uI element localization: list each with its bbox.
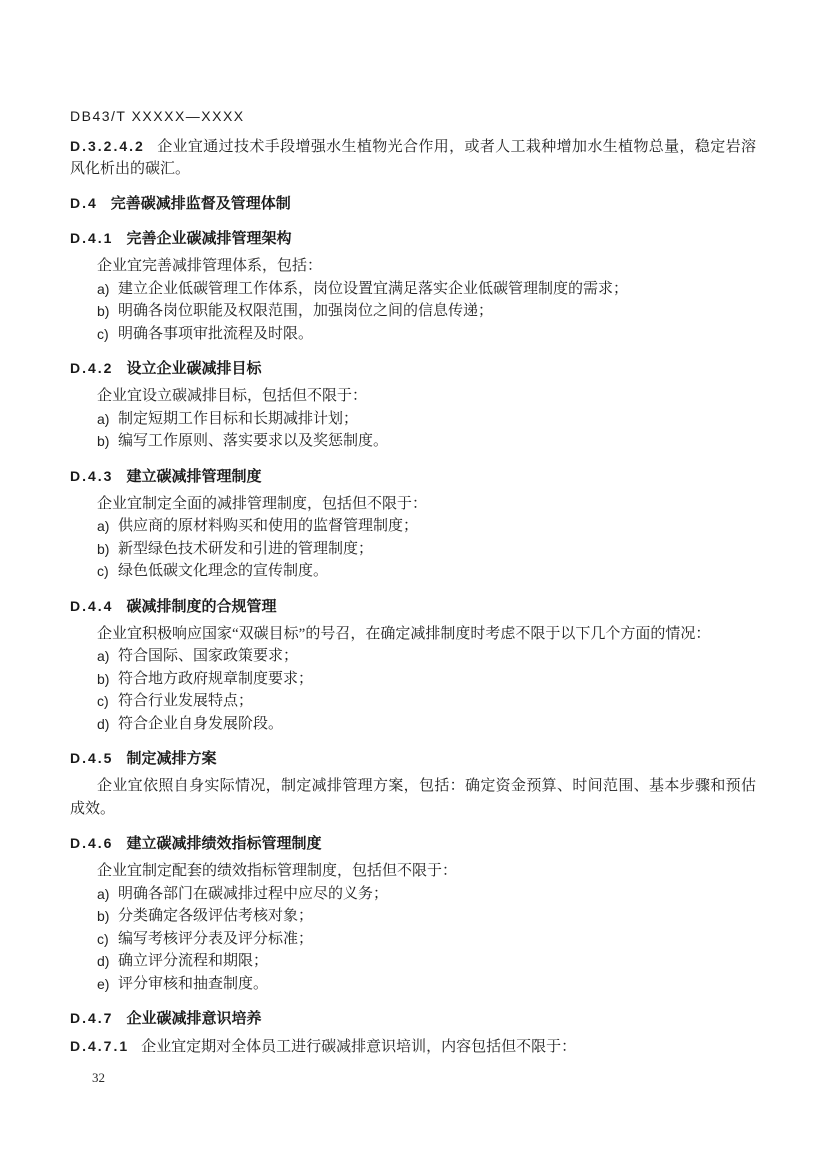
heading-title: 碳减排制度的合规管理	[126, 598, 276, 615]
list-marker: b)	[97, 300, 118, 323]
list-item-text: 明确各部门在碳减排过程中应尽的义务；	[118, 883, 756, 906]
list-item-text: 绿色低碳文化理念的宣传制度。	[118, 560, 756, 583]
list-item: d)符合企业自身发展阶段。	[70, 713, 756, 736]
clause-d471-paragraph: D.4.7.1企业宜定期对全体员工进行碳减排意识培训，内容包括但不限于：	[70, 1035, 756, 1058]
list-marker: c)	[97, 560, 118, 583]
list-item: b)新型绿色技术研发和引进的管理制度；	[70, 538, 756, 561]
list-item-text: 明确各岗位职能及权限范围，加强岗位之间的信息传递；	[118, 300, 756, 323]
list-item: c)编写考核评分表及评分标准；	[70, 928, 756, 951]
list-item-text: 符合国际、国家政策要求；	[118, 645, 756, 668]
list-marker: a)	[97, 645, 118, 668]
heading-title: 设立企业碳减排目标	[126, 360, 261, 377]
section-d43: D.4.3建立碳减排管理制度 企业宜制定全面的减排管理制度，包括但不限于： a)…	[70, 465, 756, 583]
section-d46: D.4.6建立碳减排绩效指标管理制度 企业宜制定配套的绩效指标管理制度，包括但不…	[70, 832, 756, 995]
intro-paragraph: 企业宜制定全面的减排管理制度，包括但不限于：	[70, 493, 756, 516]
list-item-text: 符合行业发展特点；	[118, 690, 756, 713]
heading-d42: D.4.2设立企业碳减排目标	[70, 357, 756, 380]
section-d42: D.4.2设立企业碳减排目标 企业宜设立碳减排目标，包括但不限于： a)制定短期…	[70, 357, 756, 453]
heading-number: D.4.6	[70, 835, 113, 851]
heading-d44: D.4.4碳减排制度的合规管理	[70, 595, 756, 618]
list-item: c)明确各事项审批流程及时限。	[70, 323, 756, 346]
list-item: e)评分审核和抽查制度。	[70, 973, 756, 996]
list-item-text: 建立企业低碳管理工作体系，岗位设置宜满足落实企业低碳管理制度的需求；	[118, 278, 756, 301]
list-item: b)符合地方政府规章制度要求；	[70, 668, 756, 691]
heading-title: 建立碳减排管理制度	[126, 468, 261, 485]
heading-number: D.4	[70, 195, 98, 211]
list-item: b)明确各岗位职能及权限范围，加强岗位之间的信息传递；	[70, 300, 756, 323]
list-item-text: 确立评分流程和期限；	[118, 950, 756, 973]
list-marker: d)	[97, 950, 118, 973]
list-item: a)制定短期工作目标和长期减排计划；	[70, 408, 756, 431]
list-marker: b)	[97, 668, 118, 691]
list-item-text: 新型绿色技术研发和引进的管理制度；	[118, 538, 756, 561]
heading-number: D.4.2	[70, 360, 113, 376]
heading-title: 企业碳减排意识培养	[126, 1010, 261, 1027]
list-item-text: 明确各事项审批流程及时限。	[118, 323, 756, 346]
list-item-text: 供应商的原材料购买和使用的监督管理制度；	[118, 515, 756, 538]
list-item: a)明确各部门在碳减排过程中应尽的义务；	[70, 883, 756, 906]
heading-number: D.4.4	[70, 598, 113, 614]
heading-d43: D.4.3建立碳减排管理制度	[70, 465, 756, 488]
intro-paragraph: 企业宜设立碳减排目标，包括但不限于：	[70, 385, 756, 408]
list-item-text: 制定短期工作目标和长期减排计划；	[118, 408, 756, 431]
section-d41: D.4.1完善企业碳减排管理架构 企业宜完善减排管理体系，包括： a)建立企业低…	[70, 227, 756, 345]
clause-text: 企业宜定期对全体员工进行碳减排意识培训，内容包括但不限于：	[141, 1039, 576, 1055]
heading-d4: D.4完善碳减排监督及管理体制	[70, 192, 756, 215]
intro-paragraph: 企业宜制定配套的绩效指标管理制度，包括但不限于：	[70, 860, 756, 883]
list-item-text: 分类确定各级评估考核对象；	[118, 905, 756, 928]
intro-paragraph: 企业宜完善减排管理体系，包括：	[70, 255, 756, 278]
heading-number: D.4.7	[70, 1010, 113, 1026]
heading-title: 建立碳减排绩效指标管理制度	[126, 835, 321, 852]
heading-d46: D.4.6建立碳减排绩效指标管理制度	[70, 832, 756, 855]
list-marker: a)	[97, 278, 118, 301]
heading-title: 完善碳减排监督及管理体制	[111, 195, 291, 212]
heading-title: 制定减排方案	[126, 750, 216, 767]
document-page: DB43/T XXXXX—XXXX D.3.2.4.2企业宜通过技术手段增强水生…	[0, 0, 826, 1169]
heading-title: 完善企业碳减排管理架构	[126, 230, 291, 247]
heading-number: D.4.1	[70, 230, 113, 246]
clause-d3242-paragraph: D.3.2.4.2企业宜通过技术手段增强水生植物光合作用，或者人工栽种增加水生植…	[70, 135, 756, 180]
list-marker: b)	[97, 430, 118, 453]
section-d45: D.4.5制定减排方案 企业宜依照自身实际情况，制定减排管理方案，包括：确定资金…	[70, 747, 756, 820]
list-item: c)符合行业发展特点；	[70, 690, 756, 713]
heading-number: D.4.5	[70, 750, 113, 766]
list-item: d)确立评分流程和期限；	[70, 950, 756, 973]
list-marker: b)	[97, 538, 118, 561]
list-item-text: 符合企业自身发展阶段。	[118, 713, 756, 736]
intro-paragraph: 企业宜积极响应国家“双碳目标”的号召，在确定减排制度时考虑不限于以下几个方面的情…	[70, 623, 756, 646]
clause-number: D.3.2.4.2	[70, 138, 145, 154]
list-item: a)符合国际、国家政策要求；	[70, 645, 756, 668]
list-item: a)建立企业低碳管理工作体系，岗位设置宜满足落实企业低碳管理制度的需求；	[70, 278, 756, 301]
list-item-text: 编写工作原则、落实要求以及奖惩制度。	[118, 430, 756, 453]
list-marker: c)	[97, 690, 118, 713]
heading-d47: D.4.7企业碳减排意识培养	[70, 1007, 756, 1030]
heading-d45: D.4.5制定减排方案	[70, 747, 756, 770]
section-d47: D.4.7企业碳减排意识培养 D.4.7.1企业宜定期对全体员工进行碳减排意识培…	[70, 1007, 756, 1058]
list-item: b)分类确定各级评估考核对象；	[70, 905, 756, 928]
list-item: a)供应商的原材料购买和使用的监督管理制度；	[70, 515, 756, 538]
section-d44: D.4.4碳减排制度的合规管理 企业宜积极响应国家“双碳目标”的号召，在确定减排…	[70, 595, 756, 736]
list-marker: a)	[97, 883, 118, 906]
body-paragraph: 企业宜依照自身实际情况，制定减排管理方案，包括：确定资金预算、时间范围、基本步骤…	[70, 775, 756, 820]
list-marker: a)	[97, 515, 118, 538]
clause-number: D.4.7.1	[70, 1038, 129, 1054]
clause-text: 企业宜通过技术手段增强水生植物光合作用，或者人工栽种增加水生植物总量，稳定岩溶风…	[70, 139, 756, 177]
list-item: c)绿色低碳文化理念的宣传制度。	[70, 560, 756, 583]
list-marker: a)	[97, 408, 118, 431]
list-item-text: 评分审核和抽查制度。	[118, 973, 756, 996]
page-number: 32	[92, 1070, 105, 1086]
heading-d41: D.4.1完善企业碳减排管理架构	[70, 227, 756, 250]
list-item-text: 符合地方政府规章制度要求；	[118, 668, 756, 691]
list-marker: d)	[97, 713, 118, 736]
list-marker: c)	[97, 928, 118, 951]
heading-number: D.4.3	[70, 468, 113, 484]
list-marker: b)	[97, 905, 118, 928]
running-header: DB43/T XXXXX—XXXX	[70, 107, 756, 125]
list-marker: e)	[97, 973, 118, 996]
list-item-text: 编写考核评分表及评分标准；	[118, 928, 756, 951]
list-marker: c)	[97, 323, 118, 346]
list-item: b)编写工作原则、落实要求以及奖惩制度。	[70, 430, 756, 453]
